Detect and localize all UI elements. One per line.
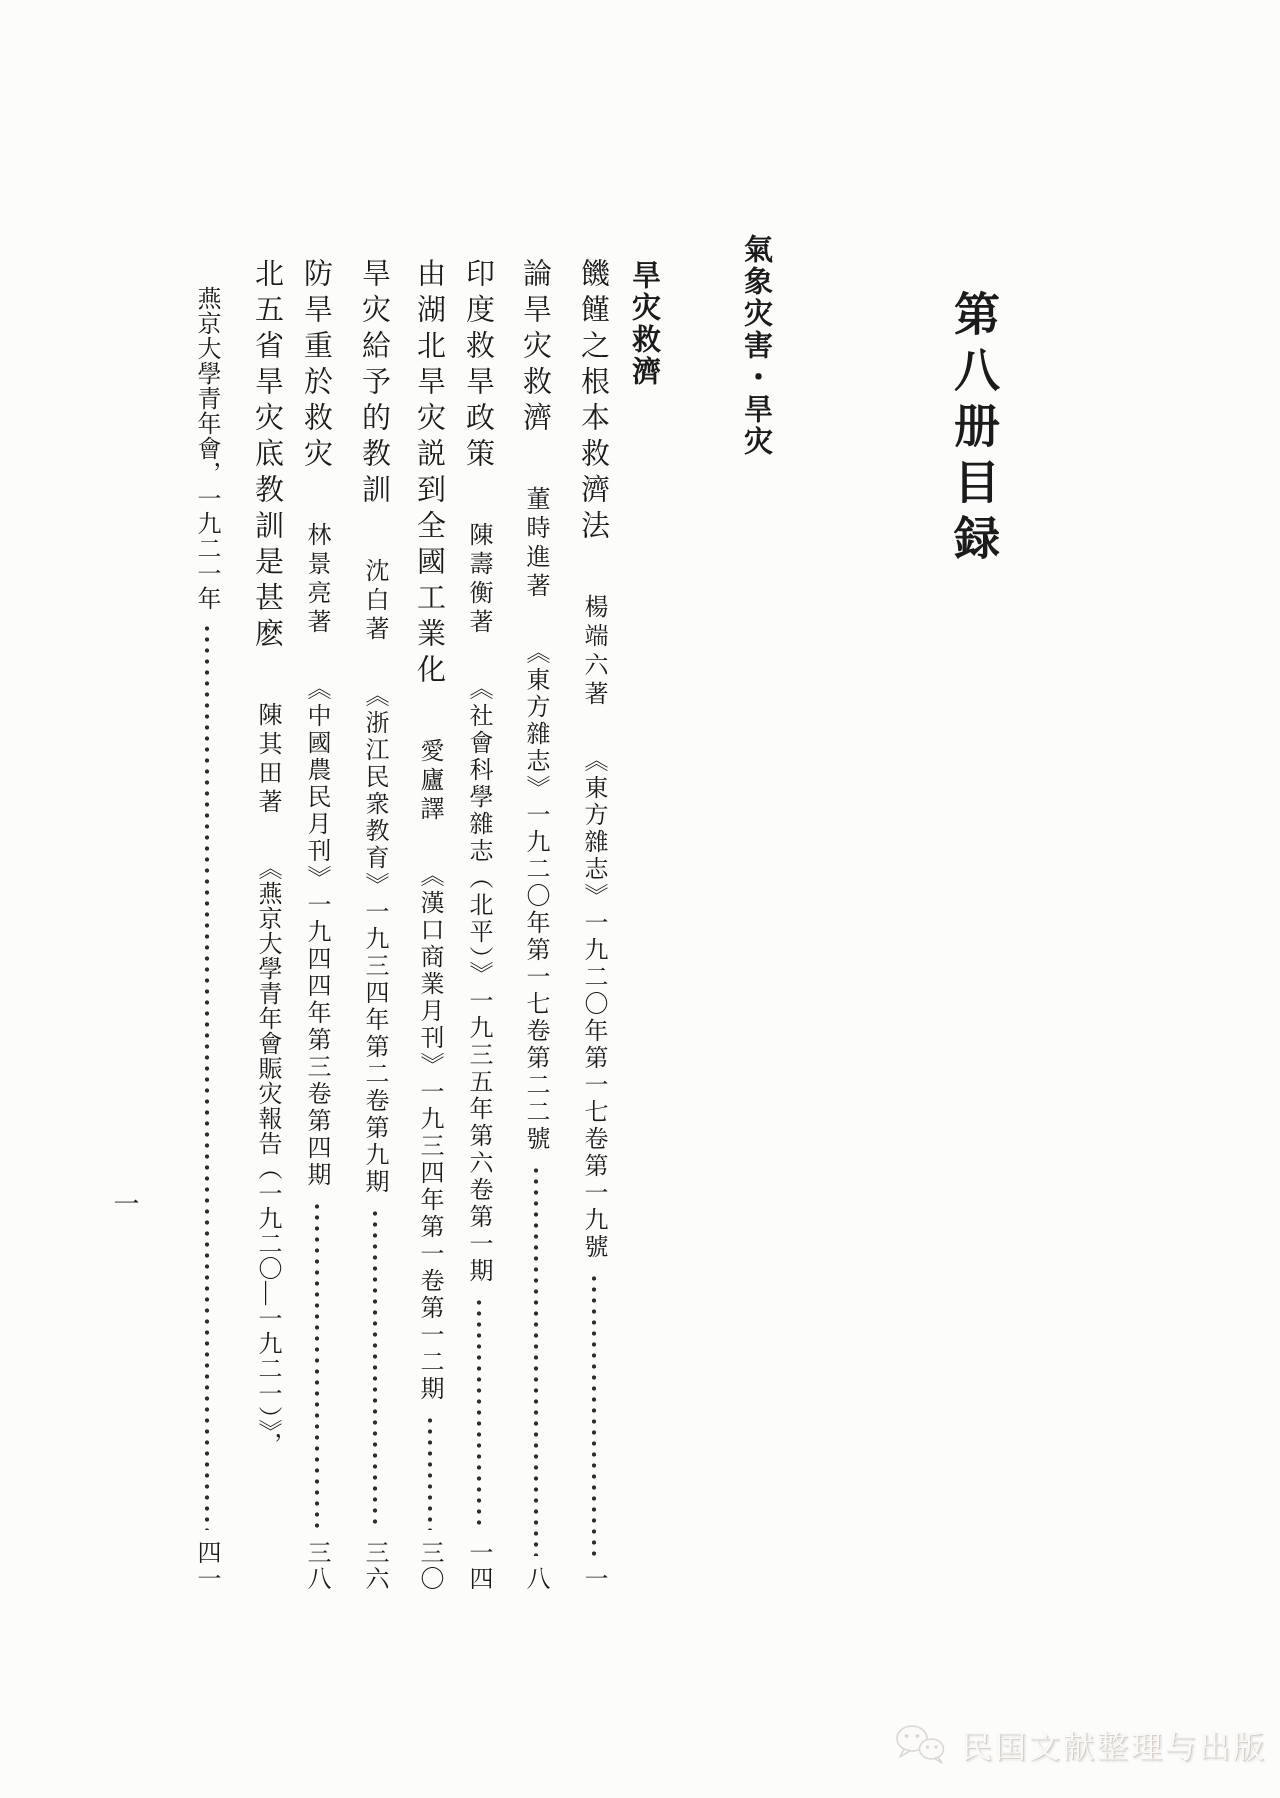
dotted-leader	[591, 1273, 597, 1556]
dotted-leader	[476, 1297, 482, 1530]
toc-entry-continuation: 燕京大學青年會，一九二一年 四一	[189, 258, 224, 1592]
entry-author: 沈白著	[357, 558, 392, 645]
dotted-leader	[533, 1165, 539, 1556]
entry-author: 林景亮著	[299, 522, 334, 638]
toc-entry: 旱灾給予的教訓 沈白著 《浙江民衆教育》一九三四年第二卷第九期 三六	[354, 258, 395, 1592]
toc-entry: 防旱重於救灾 林景亮著 《中國農民月刊》一九四四年第三卷第四期 三八	[296, 258, 337, 1592]
toc-entry: 北五省旱灾底教訓是甚麽 陳其田著 《燕京大學青年會賑灾報告（一九二〇—一九二一）…	[247, 258, 288, 1592]
entry-title: 論旱灾救濟	[515, 258, 556, 438]
entry-page-number: 一	[576, 1566, 611, 1592]
entry-source: 《浙江民衆教育》一九三四年第二卷第九期	[357, 683, 392, 1196]
wechat-logo-icon	[893, 1723, 949, 1767]
entry-author: 陳其田著	[250, 702, 285, 818]
volume-title: 第八册目録	[940, 290, 1006, 570]
entry-page-number: 一四	[461, 1540, 496, 1592]
toc-entry: 饑饉之根本救濟法 楊端六著 《東方雜志》一九二〇年第一七卷第一九號 一	[573, 258, 614, 1592]
watermark-text: 民国文献整理与出版	[961, 1722, 1267, 1767]
entry-author: 愛廬譯	[412, 738, 447, 825]
entry-author: 楊端六著	[576, 594, 611, 710]
folio-number: 一	[106, 1190, 143, 1216]
entry-title: 印度救旱政策	[458, 258, 499, 474]
toc-entry: 論旱灾救濟 董時進著 《東方雜志》一九二〇年第一七卷第二二號 八	[515, 258, 556, 1592]
entry-title: 饑饉之根本救濟法	[573, 258, 614, 546]
toc-page: 第八册目録 氣象灾害・旱灾 旱灾救濟 饑饉之根本救濟法 楊端六著 《東方雜志》一…	[0, 0, 1280, 1798]
dotted-leader	[372, 1208, 378, 1530]
entry-source: 《東方雜志》一九二〇年第一七卷第二二號	[518, 640, 553, 1153]
entry-title: 由湖北旱灾説到全國工業化	[409, 258, 450, 690]
entry-source: 《社會科學雜志（北平）》一九三五年第六卷第一期	[461, 676, 496, 1285]
section-header: 旱灾救濟	[624, 260, 665, 388]
toc-entry: 由湖北旱灾説到全國工業化 愛廬譯 《漢口商業月刊》一九三四年第一卷第一二期 三〇	[409, 258, 450, 1592]
entry-title: 防旱重於救灾	[296, 258, 337, 474]
toc-entry: 印度救旱政策 陳壽衡著 《社會科學雜志（北平）》一九三五年第六卷第一期 一四	[458, 258, 499, 1592]
entry-source: 《漢口商業月刊》一九三四年第一卷第一二期	[412, 863, 447, 1403]
category-header: 氣象灾害・旱灾	[736, 234, 777, 458]
entry-source: 《東方雜志》一九二〇年第一七卷第一九號	[576, 748, 611, 1261]
entry-page-number: 八	[518, 1566, 553, 1592]
dotted-leader	[427, 1415, 433, 1530]
entry-page-number: 三六	[357, 1540, 392, 1592]
entry-author: 陳壽衡著	[461, 522, 496, 638]
entry-source: 《中國農民月刊》一九四四年第三卷第四期	[299, 676, 334, 1189]
entry-author: 董時進著	[518, 486, 553, 602]
entry-page-number: 三八	[299, 1540, 334, 1592]
dotted-leader	[204, 623, 210, 1530]
entry-page-number: 四一	[189, 1540, 224, 1592]
publisher-watermark: 民国文献整理与出版	[893, 1722, 1267, 1767]
entry-source-continued: 燕京大學青年會，一九二一年	[189, 286, 224, 611]
entry-source: 《燕京大學青年會賑灾報告（一九二〇—一九二一）》，	[250, 856, 285, 1457]
entry-title: 旱灾給予的教訓	[354, 258, 395, 510]
entry-title: 北五省旱灾底教訓是甚麽	[247, 258, 288, 654]
dotted-leader	[314, 1201, 320, 1530]
entry-page-number: 三〇	[412, 1540, 447, 1592]
